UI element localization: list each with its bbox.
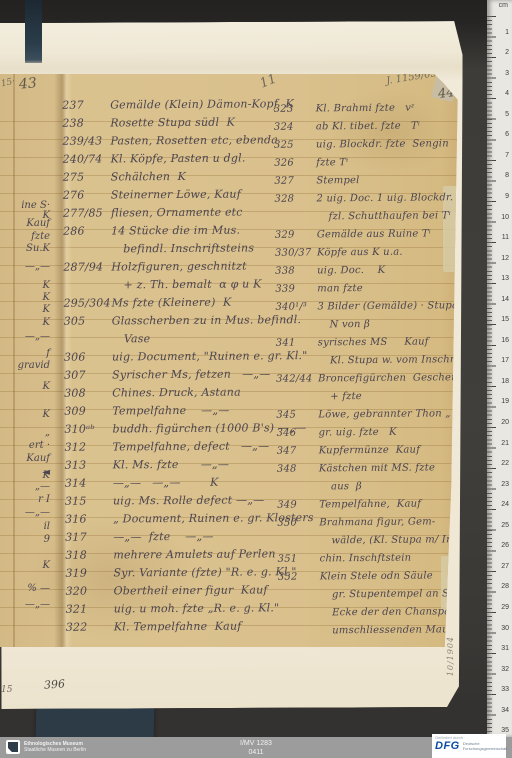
ledger-entry: 240/74Kl. Köpfe, Pasten u dgl. — [62, 149, 284, 169]
entry-number: 351 — [278, 550, 320, 568]
entry-number: 275 — [63, 168, 111, 186]
margin-fragment: il — [0, 521, 53, 532]
margin-fragment: K — [0, 470, 53, 481]
entry-text: Syr. Variante (fzte) "R. e. g. Kl." — [113, 563, 296, 582]
pencil-note: 396 — [44, 677, 66, 691]
ledger-entry: 306uig. Document, "Ruinen e. gr. Kl." — [64, 347, 286, 367]
entry-number: 348 — [277, 460, 319, 478]
ruler-ticks — [487, 16, 496, 737]
margin-fragment: K — [0, 304, 53, 315]
ledger-entry: 276Steinerner Löwe, Kauf — [63, 185, 285, 205]
entry-text: Löwe, gebrannter Thon „ — [318, 405, 450, 424]
ruler-label: 10 — [501, 214, 509, 222]
entry-number: 329 — [275, 226, 317, 244]
entry-text: —„— —„— K — [113, 474, 219, 493]
entry-text: Ms fzte (Kleinere) K — [111, 294, 231, 313]
entry-number: 319 — [65, 564, 113, 582]
ledger-entry: 324ab Kl. tibet. fzte Tⁱ — [274, 117, 456, 137]
entry-number: 306 — [64, 348, 112, 366]
ruler-label: 31 — [501, 645, 509, 653]
ledger-entry: 345Löwe, gebrannter Thon „ — [276, 405, 458, 425]
margin-fragment: „ — [0, 427, 53, 438]
entry-number: 277/85 — [63, 204, 111, 222]
ledger-entry: 329Gemälde aus Ruine Tⁱ — [275, 225, 457, 245]
ledger-entry: 310ᵃᵇbuddh. figürchen (1000 B's) —„— — [64, 419, 286, 439]
ruler-label: 26 — [501, 542, 509, 550]
margin-fragment: % — — [0, 583, 53, 594]
ledger-entry: 316„ Document, Ruinen e. gr. Klosters — [65, 509, 287, 529]
margin-fragment: K — [0, 317, 53, 328]
ruler-label: 30 — [501, 625, 509, 633]
entry-text: Steinerner Löwe, Kauf — [111, 186, 241, 205]
ledger-entry: 339man fzte — [275, 279, 457, 299]
ledger-entry: 338uig. Doc. K — [275, 261, 457, 281]
entry-text: Obertheil einer figur Kauf — [114, 581, 268, 600]
entry-number: 309 — [64, 402, 112, 420]
ledger-entry: 321uig. u moh. fzte „R. e. g. Kl." — [66, 599, 288, 619]
margin-fragment: gravid — [0, 360, 53, 371]
ruler-label: 17 — [501, 357, 509, 365]
ledger-entry: 352Klein Stele odn Säulegr. Stupentempel… — [278, 567, 461, 641]
ruler-label: 34 — [501, 707, 509, 715]
dfg-logo: DFG — [435, 740, 460, 752]
ledger-entry: 330/37Köpfe aus K u.a. — [275, 243, 457, 263]
ledger-entry: 317—„— fzte —„— — [65, 527, 287, 547]
entry-number: 322 — [66, 618, 114, 636]
entry-text: man fzte — [317, 280, 363, 298]
ruler-label: 14 — [501, 296, 509, 304]
ledger-entry: 325uig. Blockdr. fzte Sengin — [274, 135, 456, 155]
entry-text: Broncefigürchen Geschenk+ fzte — [318, 369, 464, 406]
footer-bar: Ethnologisches Museum Staatliche Museen … — [0, 737, 512, 758]
entry-text: Tempelfahne, Kauf — [319, 496, 421, 515]
entry-text: Pasten, Rosetten etc, ebenda — [110, 131, 278, 150]
ledger-entry: 312Tempelfahne, defect —„— — [65, 437, 287, 457]
dfg-org-line2: Forschungsgemeinschaft — [463, 746, 508, 751]
entry-number: 345 — [276, 406, 318, 424]
entry-text: Tempelfahne, defect —„— — [113, 437, 270, 456]
entry-number: 237 — [62, 96, 110, 114]
ledger-entry: 327Stempel — [274, 171, 456, 191]
ledger-entry: 350Brahmana figur, Gem-wälde, (Kl. Stupa… — [277, 513, 459, 551]
entry-text: fliesen, Ornamente etc — [111, 204, 243, 223]
entry-number: 340¹/³ — [275, 298, 317, 316]
margin-fragment: K — [0, 292, 53, 303]
margin-fragment: —„— — [0, 599, 53, 610]
ledger-entry: 342/44Broncefigürchen Geschenk+ fzte — [276, 369, 458, 407]
ruler-label: 12 — [501, 255, 509, 263]
entry-text: Chines. Druck, Astana — [112, 384, 241, 403]
entry-number: 305 — [64, 312, 112, 330]
entry-number: 314 — [65, 474, 113, 492]
ruler-label: 4 — [505, 90, 509, 98]
ledger-entry: 28614 Stücke die im Mus.befindl. Inschri… — [63, 221, 285, 259]
ledger-entry: 318mehrere Amulets auf Perlen — [65, 545, 287, 565]
margin-fragment: Kauf — [0, 218, 53, 229]
ledger-column-right: 323Kl. Brahmi fzte vᶻ324ab Kl. tibet. fz… — [274, 99, 461, 641]
entry-number: 330/37 — [275, 244, 317, 262]
entry-number: 312 — [65, 438, 113, 456]
entry-text: Holzfiguren, geschnitzt+ z. Th. bemalt α… — [111, 257, 261, 294]
ledger-entry: 314—„— —„— K — [65, 473, 287, 493]
entry-number: 339 — [275, 280, 317, 298]
ledger-entry: 308Chines. Druck, Astana — [64, 383, 286, 403]
rotated-pencil-note: 10/1904 — [446, 636, 455, 676]
entry-text: chin. Inschftstein — [320, 550, 412, 569]
entry-number: 349 — [277, 496, 319, 514]
ledger-entry: 239/43Pasten, Rosetten etc, ebenda — [62, 131, 284, 151]
entry-number: 328 — [274, 190, 316, 208]
entry-number: 238 — [62, 114, 110, 132]
ledger-entry: 319Syr. Variante (fzte) "R. e. g. Kl." — [65, 563, 287, 583]
entry-number: 327 — [274, 172, 316, 190]
ruler: cm 1234567891011121314151617181920212223… — [487, 0, 512, 737]
ruler-label: 22 — [501, 460, 509, 468]
ruler-label: 6 — [505, 131, 509, 139]
entry-number: 324 — [274, 118, 316, 136]
margin-fragment: K — [0, 381, 53, 392]
entry-number: 295/304 — [64, 294, 112, 312]
ruler-label: 28 — [501, 583, 509, 591]
entry-number: 240/74 — [62, 150, 110, 168]
margin-fragment: —„— — [0, 331, 53, 342]
entry-text: Kl. Köpfe, Pasten u dgl. — [110, 150, 245, 169]
entry-number: 342/44 — [276, 370, 318, 388]
ledger-entry: 341syrisches MS KaufKl. Stupa w. vom Ins… — [276, 333, 458, 371]
margin-fragment: Su.K — [0, 243, 53, 254]
entry-text: Kl. Tempelfahne Kauf — [114, 618, 242, 637]
entry-number: 318 — [65, 546, 113, 564]
ruler-label: 24 — [501, 501, 509, 509]
entry-number: 276 — [63, 186, 111, 204]
margin-fragment: ert · — [0, 440, 53, 451]
ledger-entry: 340¹/³3 Bilder (Gemälde) · StupaN von β — [275, 297, 457, 335]
entry-text: Glasscherben zu in Mus. befindl.Vase — [112, 311, 302, 348]
ruler-label: 5 — [505, 111, 509, 119]
ruler-label: 18 — [501, 378, 509, 386]
entry-text: uig. Blockdr. fzte Sengin — [316, 135, 449, 154]
entry-text: Gemälde aus Ruine Tⁱ — [317, 225, 431, 244]
pencil-note: 11 — [258, 71, 279, 91]
ledger-entry: 287/94Holzfiguren, geschnitzt+ z. Th. be… — [63, 257, 285, 295]
entry-text: 3 Bilder (Gemälde) · StupaN von β — [317, 297, 458, 334]
margin-fragment: f — [0, 348, 53, 359]
dfg-org-name: Deutsche Forschungsgemeinschaft — [463, 741, 508, 751]
ledger-entry: 322Kl. Tempelfahne Kauf — [66, 617, 288, 637]
entry-text: Tempelfahne —„— — [112, 402, 229, 421]
ruler-label: 9 — [505, 193, 509, 201]
ruler-label: 3 — [505, 70, 509, 78]
margin-fragment: K — [0, 560, 53, 571]
entry-number: 316 — [65, 510, 113, 528]
entry-number: 320 — [66, 582, 114, 600]
ruler-label: 16 — [501, 337, 509, 345]
ruler-label: 21 — [501, 440, 509, 448]
entry-text: Syrischer Ms, fetzen —„— — [112, 365, 270, 384]
entry-number: 286 — [63, 222, 111, 240]
ledger-entry: 305Glasscherben zu in Mus. befindl.Vase — [64, 311, 286, 349]
ledger-page: 15· 43 11 J. 1159/05 44 ine S·KKauffzteS… — [0, 74, 459, 647]
book-spine — [25, 0, 42, 63]
ruler-label: 33 — [501, 686, 509, 694]
margin-fragment: —„— — [0, 261, 53, 272]
ledger-column-left: 237Gemälde (Klein) Dämon-Kopf K238Rosett… — [62, 95, 288, 637]
ledger-entry: 348Kästchen mit MS. fzteaus β — [277, 459, 459, 497]
ledger-entry: 3282 uig. Doc. 1 uig. Blockdr.fzl. Schut… — [274, 189, 456, 227]
entry-text: 14 Stücke die im Mus.befindl. Inschrifts… — [111, 221, 254, 258]
entry-text: Gemälde (Klein) Dämon-Kopf K — [110, 95, 294, 114]
entry-text: Köpfe aus K u.a. — [317, 244, 403, 263]
ledger-entry: 313Kl. Ms. fzte —„— — [65, 455, 287, 475]
entry-number: 321 — [66, 600, 114, 618]
ruler-label: 13 — [501, 275, 509, 283]
margin-fragment: „— — [0, 481, 53, 492]
entry-text: uig. Doc. K — [317, 262, 385, 281]
margin-fragment: Kauf — [0, 453, 53, 464]
ruler-label: 15 — [501, 316, 509, 324]
entry-text: Kästchen mit MS. fzteaus β — [319, 459, 436, 496]
entry-number: 346 — [276, 424, 318, 442]
entry-number: 347 — [277, 442, 319, 460]
ruler-label: 1 — [505, 29, 509, 37]
entry-number: 308 — [64, 384, 112, 402]
ledger-entry: 307Syrischer Ms, fetzen —„— — [64, 365, 286, 385]
entry-text: Rosette Stupa südl K — [110, 114, 235, 133]
ledger-entry: 326fzte Tⁱ — [274, 153, 456, 173]
ledger-entry: 295/304Ms fzte (Kleinere) K — [64, 293, 286, 313]
ledger-entry: 277/85fliesen, Ornamente etc — [63, 203, 285, 223]
entry-text: uig. Ms. Rolle defect —„— — [113, 491, 265, 510]
entry-number: 350 — [277, 514, 319, 532]
entry-text: mehrere Amulets auf Perlen — [113, 545, 275, 564]
entry-text: ab Kl. tibet. fzte Tⁱ — [316, 118, 420, 137]
entry-text: fzte Tⁱ — [316, 154, 348, 172]
entry-number: 338 — [275, 262, 317, 280]
ruler-label: 32 — [501, 666, 509, 674]
ledger-entry: 351chin. Inschftstein — [278, 549, 460, 569]
entry-number: 287/94 — [63, 258, 111, 276]
ruler-label: 11 — [502, 234, 509, 242]
entry-text: Schälchen K — [111, 168, 186, 187]
pencil-note: 15 — [1, 685, 12, 695]
entry-number: 307 — [64, 366, 112, 384]
entry-text: Stempel — [316, 172, 359, 190]
entry-number: 323 — [274, 100, 316, 118]
margin-fragment: fzte — [0, 231, 53, 242]
ruler-label: 25 — [501, 522, 509, 530]
ruler-label: 27 — [501, 563, 509, 571]
page-number-left: 43 — [18, 75, 37, 92]
ledger-entry: 320Obertheil einer figur Kauf — [66, 581, 288, 601]
entry-text: syrisches MS KaufKl. Stupa w. vom Inschr… — [318, 333, 492, 371]
entry-number: 313 — [65, 456, 113, 474]
ruler-label: 7 — [505, 152, 509, 160]
entry-text: Kl. Brahmi fzte vᶻ — [316, 100, 415, 119]
dfg-branding: Gefördert durch DFG Deutsche Forschungsg… — [432, 734, 506, 758]
entry-text: Kl. Ms. fzte —„— — [113, 456, 229, 475]
ledger-entry: 346gr. uig. fzte K — [276, 423, 458, 443]
entry-number: 326 — [274, 154, 316, 172]
ledger-entry: 323Kl. Brahmi fzte vᶻ — [274, 99, 456, 119]
entry-number: 325 — [274, 136, 316, 154]
ledger-entry: 347Kupfermünze Kauf — [277, 441, 459, 461]
entry-text: uig. u moh. fzte „R. e. g. Kl." — [114, 599, 280, 618]
ledger-entry: 237Gemälde (Klein) Dämon-Kopf K — [62, 95, 284, 115]
entry-number: 239/43 — [62, 132, 110, 150]
entry-text: Kupfermünze Kauf — [319, 442, 421, 461]
margin-fragment: K — [0, 409, 53, 420]
ruler-label: 2 — [505, 49, 509, 57]
entry-number: 315 — [65, 492, 113, 510]
entry-number: 317 — [65, 528, 113, 546]
margin-fragment: K — [0, 280, 53, 291]
ruler-label: 29 — [501, 604, 509, 612]
ledger-entry: 315uig. Ms. Rolle defect —„— — [65, 491, 287, 511]
ruler-unit-label: cm — [499, 2, 508, 9]
ruler-label: 19 — [501, 398, 509, 406]
entry-number: 341 — [276, 334, 318, 352]
ledger-entry: 238Rosette Stupa südl K — [62, 113, 284, 133]
ledger-entry: 349Tempelfahne, Kauf — [277, 495, 459, 515]
ledger-entry: 309Tempelfahne —„— — [64, 401, 286, 421]
entry-text: 2 uig. Doc. 1 uig. Blockdr.fzl. Schuttha… — [316, 189, 453, 226]
ruler-label: 8 — [505, 172, 509, 180]
ledger-entry: 275Schälchen K — [63, 167, 285, 187]
entry-text: —„— fzte —„— — [113, 528, 213, 547]
ruler-label: 23 — [501, 481, 509, 489]
entry-number: 310ᵃᵇ — [64, 420, 112, 438]
margin-fragment: 9 — [0, 534, 53, 545]
scanned-document-photo: 15· 43 11 J. 1159/05 44 ine S·KKauffzteS… — [0, 0, 512, 758]
entry-text: gr. uig. fzte K — [318, 424, 396, 443]
ruler-label: 20 — [501, 419, 509, 427]
entry-number: 352 — [278, 568, 320, 586]
margin-fragment: r I — [0, 494, 53, 505]
margin-fragment: —„— — [0, 507, 53, 518]
